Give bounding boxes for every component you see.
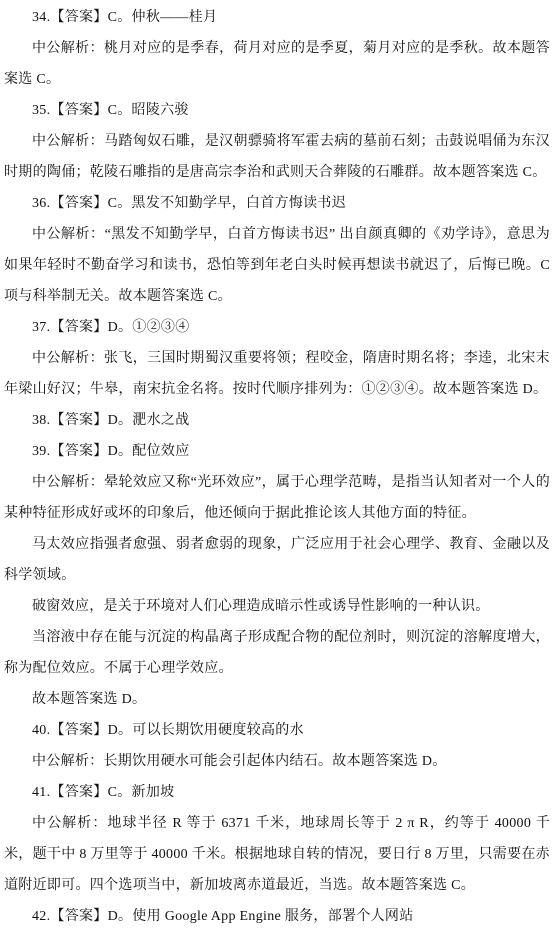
document-page: 34.【答案】C。仲秋——桂月中公解析：桃月对应的是季春，荷月对应的是季夏，菊月…: [0, 0, 554, 936]
analysis-paragraph: 中公解析：张飞，三国时期蜀汉重要将领；程咬金，隋唐时期名将；李逵，北宋末年梁山好…: [4, 343, 550, 405]
analysis-paragraph: 中公解析：地球半径 R 等于 6371 千米，地球周长等于 2 π R，约等于 …: [4, 808, 550, 901]
analysis-paragraph: 中公解析：长期饮用硬水可能会引起体内结石。故本题答案选 D。: [4, 746, 550, 777]
analysis-paragraph: 中公解析：桃月对应的是季春，荷月对应的是季夏，菊月对应的是季秋。故本题答案选 C…: [4, 33, 550, 95]
analysis-paragraph: 破窗效应，是关于环境对人们心理造成暗示性或诱导性影响的一种认识。: [4, 591, 550, 622]
answer-line: 35.【答案】C。昭陵六骏: [4, 95, 550, 126]
analysis-paragraph: 当溶液中存在能与沉淀的构晶离子形成配合物的配位剂时，则沉淀的溶解度增大，称为配位…: [4, 622, 550, 684]
analysis-paragraph: 故本题答案选 D。: [4, 684, 550, 715]
answer-line: 40.【答案】D。可以长期饮用硬度较高的水: [4, 715, 550, 746]
answer-line: 42.【答案】D。使用 Google App Engine 服务，部署个人网站: [4, 901, 550, 932]
analysis-paragraph: 中公解析：马踏匈奴石雕，是汉朝骠骑将军霍去病的墓前石刻；击鼓说唱俑为东汉时期的陶…: [4, 126, 550, 188]
analysis-paragraph: 中公解析：“黑发不知勤学早，白首方悔读书迟” 出自颜真卿的《劝学诗》，意思为如果…: [4, 219, 550, 312]
analysis-paragraph: 马太效应指强者愈强、弱者愈弱的现象，广泛应用于社会心理学、教育、金融以及科学领域…: [4, 529, 550, 591]
answer-line: 37.【答案】D。①②③④: [4, 312, 550, 343]
answer-line: 36.【答案】C。黑发不知勤学早，白首方悔读书迟: [4, 188, 550, 219]
answer-line: 38.【答案】D。淝水之战: [4, 405, 550, 436]
analysis-paragraph: 中公解析：晕轮效应又称“光环效应”，属于心理学范畴，是指当认知者对一个人的某种特…: [4, 467, 550, 529]
answer-line: 39.【答案】D。配位效应: [4, 436, 550, 467]
answer-line: 34.【答案】C。仲秋——桂月: [4, 2, 550, 33]
answer-line: 41.【答案】C。新加坡: [4, 777, 550, 808]
